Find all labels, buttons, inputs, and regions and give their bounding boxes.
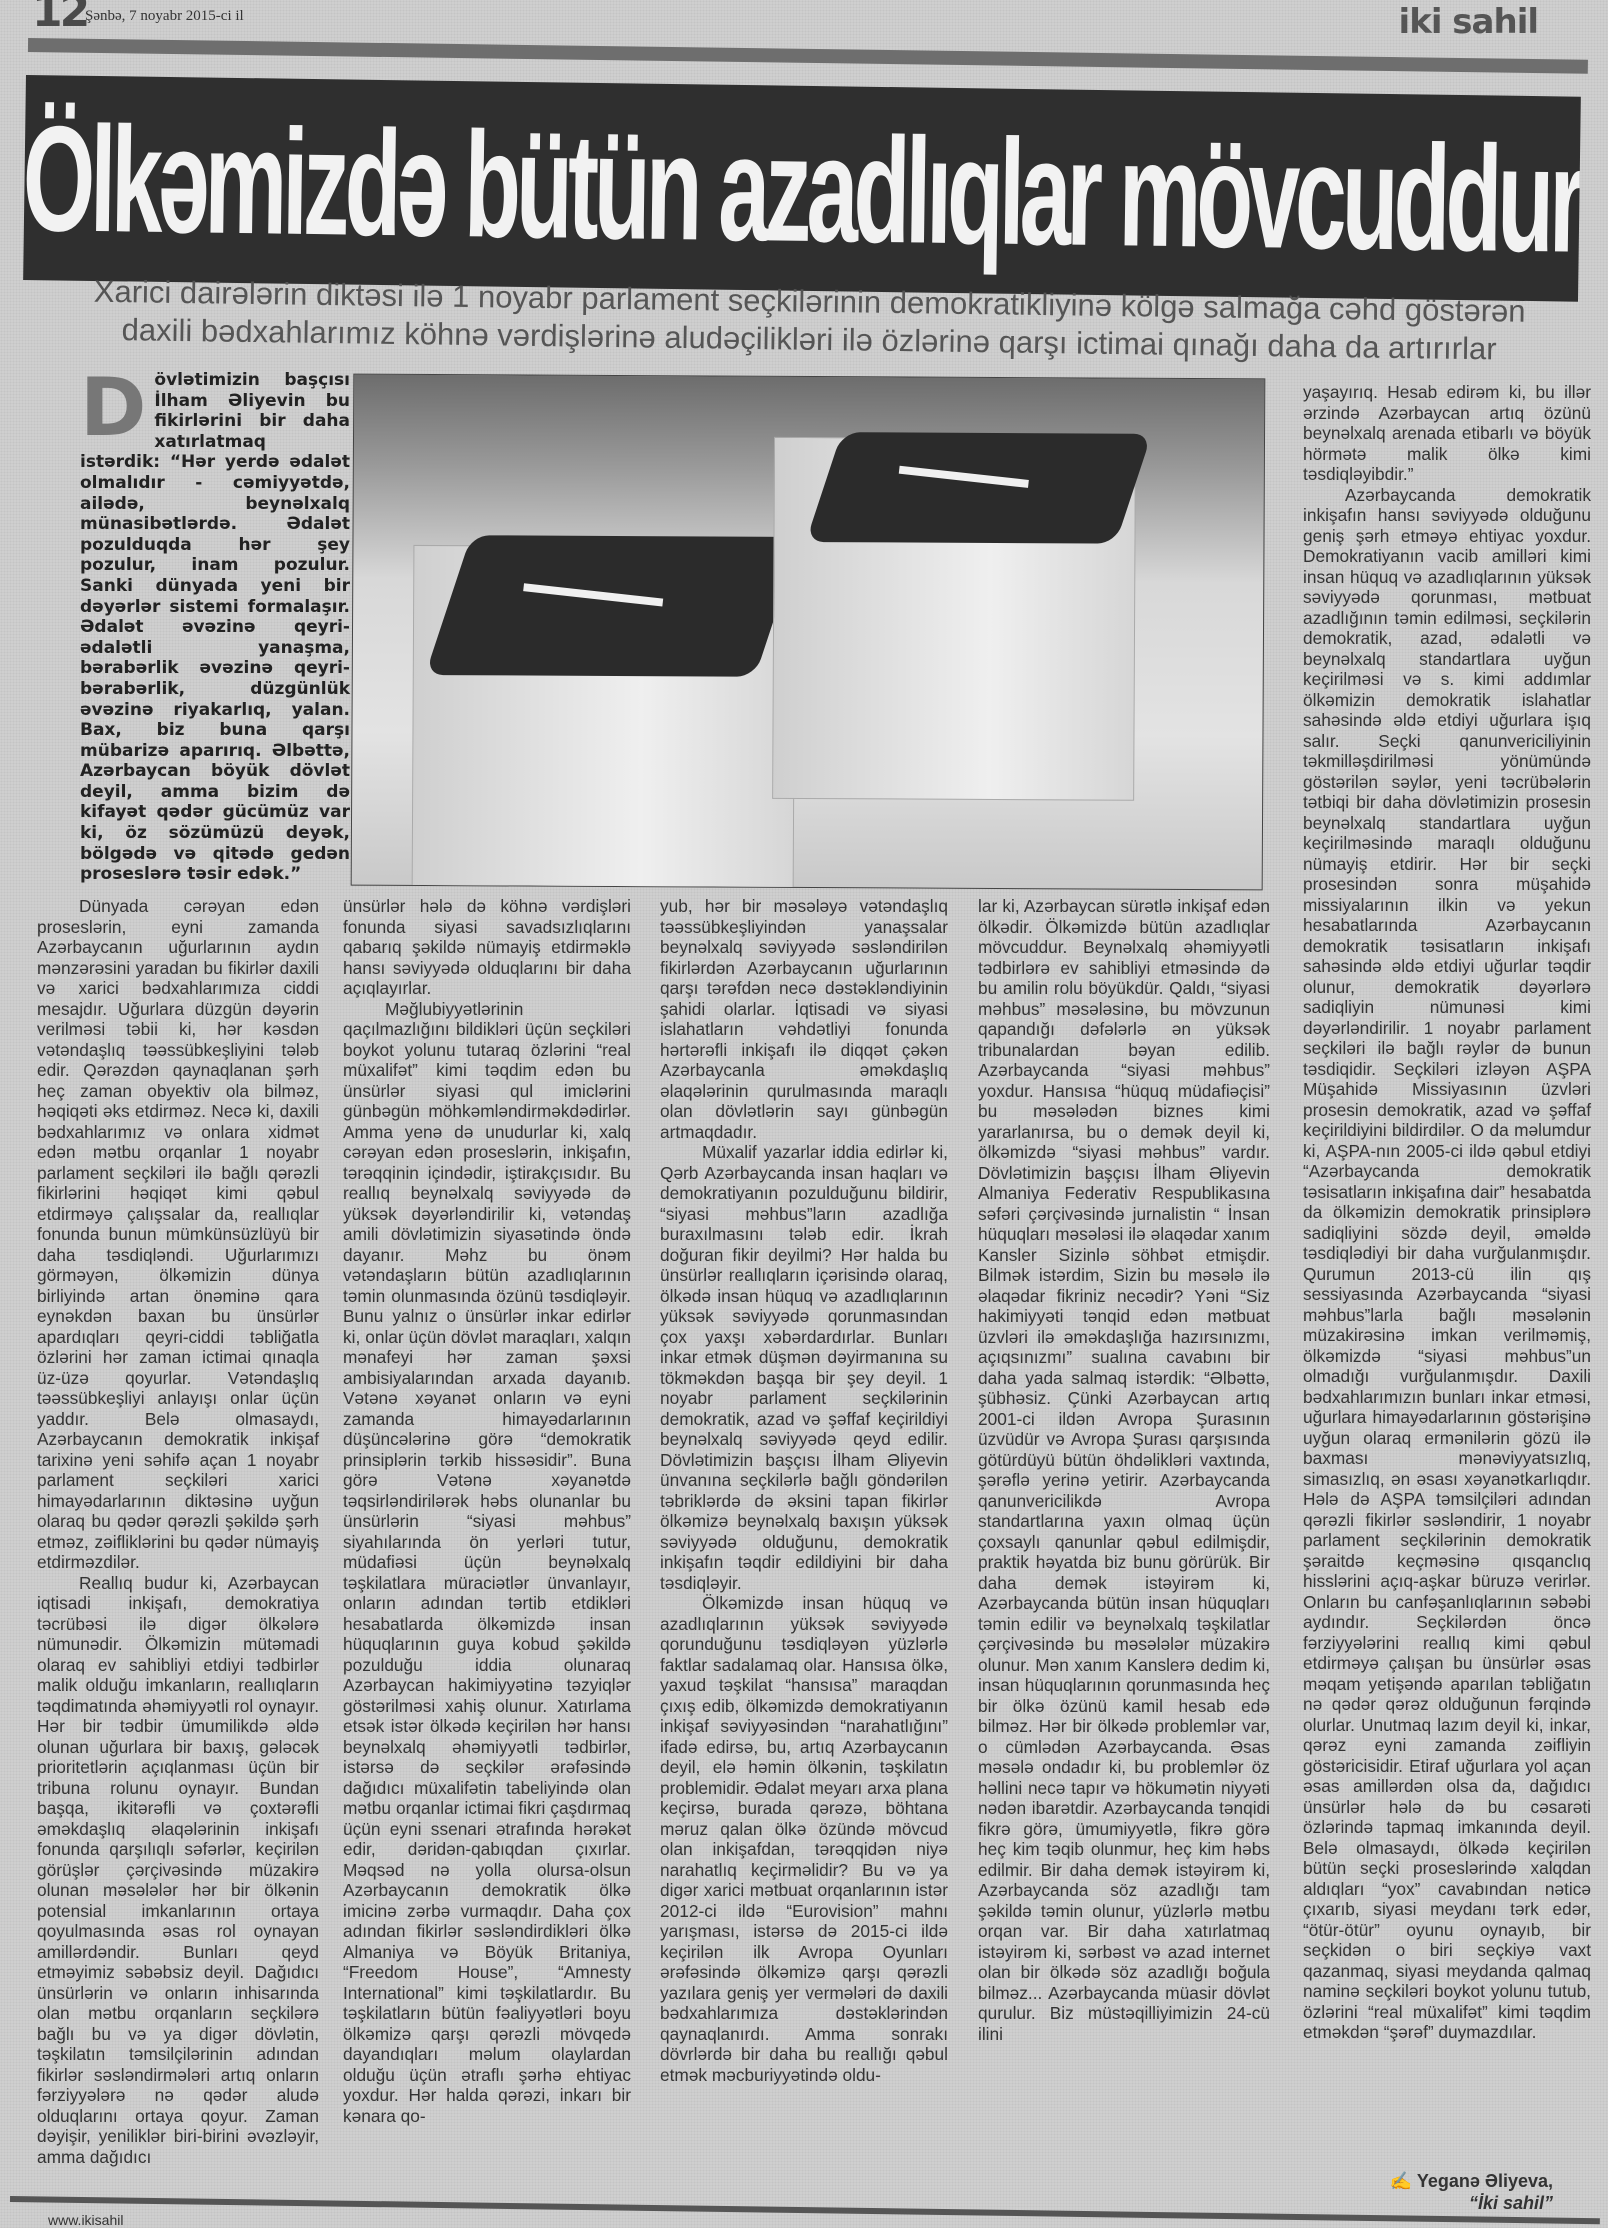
article-column-1: Dünyada cərəyan edən proseslərin, eyni z… — [37, 896, 319, 2167]
paragraph: yub, hər bir məsələyə vətəndaşlıq təəssü… — [660, 896, 948, 1142]
paragraph: Müxalif yazarlar iddia edirlər ki, Qərb … — [660, 1142, 948, 1593]
page-number: 12 — [32, 0, 87, 37]
headline-banner: Ölkəmizdə bütün azadlıqlar mövcuddur — [23, 75, 1581, 302]
paragraph: Azərbaycanda demokratik inkişafın hansı … — [1303, 485, 1591, 2043]
article-photo — [351, 374, 1266, 891]
lead-quote: D övlətimizin başçısı İlham Əliyevin bu … — [80, 370, 350, 885]
paragraph: Ölkəmizdə insan hüquq və azadlıqlarının … — [660, 1593, 948, 2085]
author-name: Yeganə Əliyeva, — [1417, 2171, 1553, 2191]
pen-icon: ✍ — [1390, 2171, 1412, 2191]
ballot-box-lid-left — [425, 535, 801, 676]
article-column-2: ünsürlər hələ də köhnə vərdişləri fonund… — [343, 896, 631, 2126]
article-column-3: yub, hər bir məsələyə vətəndaşlıq təəssü… — [660, 896, 948, 2085]
paragraph: ünsürlər hələ də köhnə vərdişləri fonund… — [343, 896, 631, 999]
paragraph: Dünyada cərəyan edən proseslərin, eyni z… — [37, 896, 319, 1573]
top-rule — [28, 38, 1588, 74]
author-signature: ✍ Yeganə Əliyeva, “İki sahil” — [1390, 2170, 1553, 2214]
footer-url: www.ikisahil — [48, 2212, 123, 2228]
masthead: iki sahil — [1399, 2, 1538, 42]
author-outlet: “İki sahil” — [1390, 2192, 1553, 2214]
issue-date: Şənbə, 7 noyabr 2015-ci il — [85, 8, 244, 25]
paragraph: Məğlubiyyətlərinin qaçılmazlığını bildik… — [343, 999, 631, 2127]
article-column-5: yaşayırıq. Hesab edirəm ki, bu illər ərz… — [1303, 382, 1591, 2043]
bottom-rule — [10, 2196, 1600, 2224]
headline: Ölkəmizdə bütün azadlıqlar mövcuddur — [23, 102, 1581, 274]
paragraph: lar ki, Azərbaycan sürətlə inkişaf edən … — [978, 896, 1270, 2044]
paragraph: Reallıq budur ki, Azərbaycan iqtisadi in… — [37, 1573, 319, 2168]
paragraph: yaşayırıq. Hesab edirəm ki, bu illər ərz… — [1303, 382, 1591, 485]
article-column-4: lar ki, Azərbaycan sürətlə inkişaf edən … — [978, 896, 1270, 2044]
ballot-box-lid-right — [806, 432, 1152, 543]
drop-cap: D — [80, 372, 146, 444]
